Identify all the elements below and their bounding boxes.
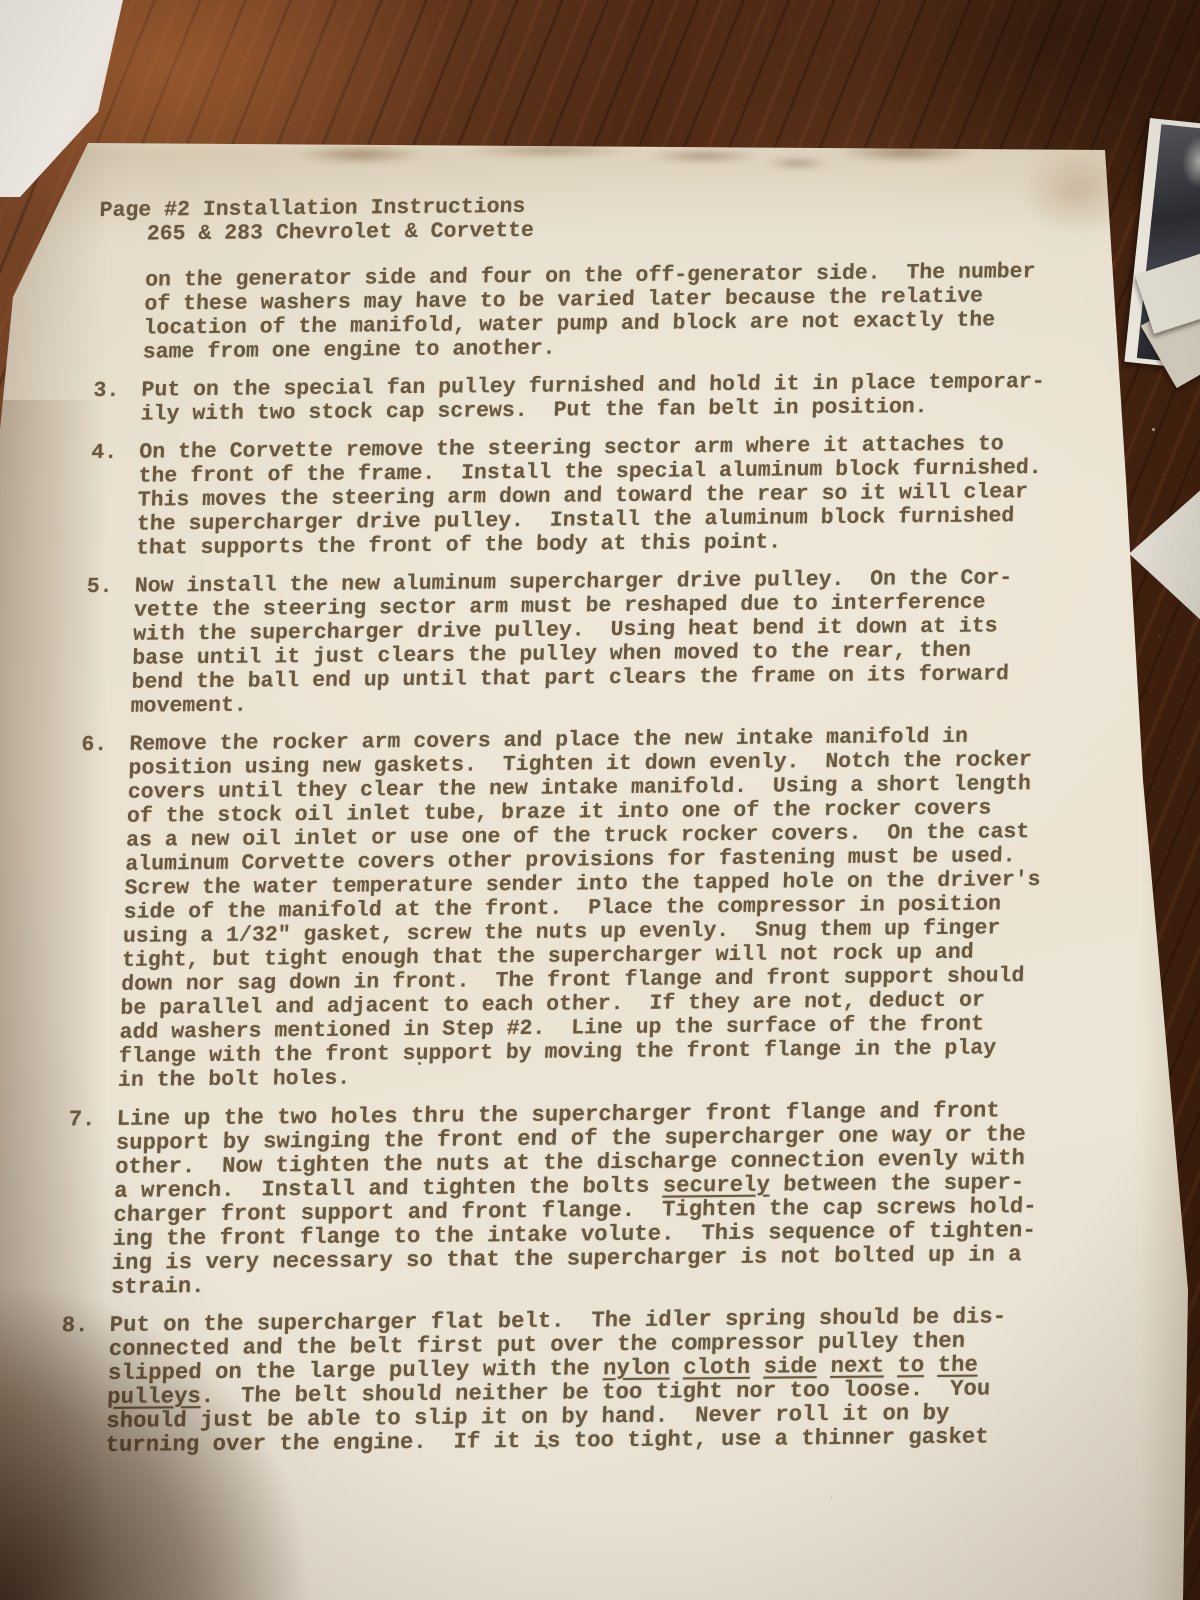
item-number: 6. [81,733,108,757]
item-number: 3. [93,379,120,403]
item-number: 4. [91,441,118,465]
paragraph: on the generator side and four on the of… [94,259,1097,365]
bottom-left-shadow [0,1150,460,1600]
dust-specks [1152,428,1155,431]
paragraph: 4.On the Corvette remove the steering se… [88,431,1092,561]
item-number: 7. [68,1107,96,1131]
item-number: 5. [86,575,113,599]
paragraph: 5.Now install the new aluminum superchar… [82,566,1087,720]
paper-sheet: Page #2 Installation Instructions 265 & … [0,0,1200,1600]
paragraph: 6.Remove the rocker arm covers and place… [70,724,1082,1094]
paragraph: 3.Put on the special fan pulley furnishe… [92,369,1094,427]
photo-of-document: Page #2 Installation Instructions 265 & … [0,0,1200,1600]
document-header: Page #2 Installation Instructions 265 & … [98,189,1100,247]
